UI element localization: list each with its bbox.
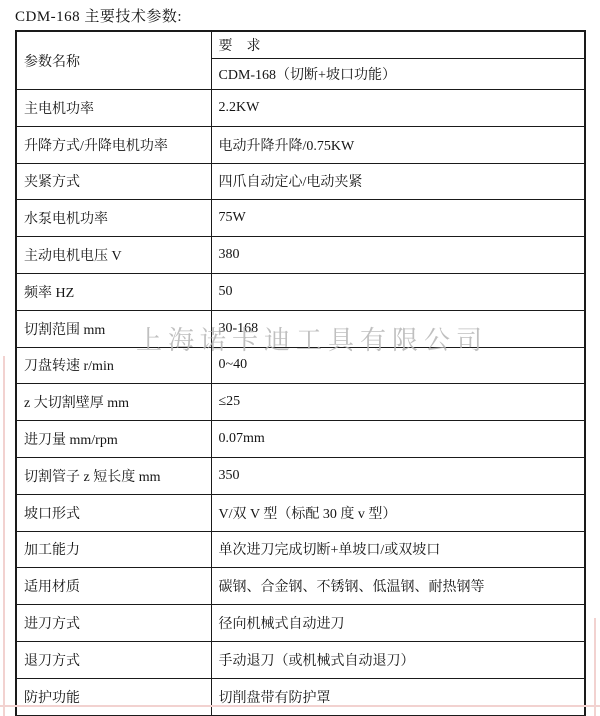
param-value-cell: 350 [211,457,585,494]
param-value-cell: 75W [211,200,585,237]
param-name-header: 参数名称 [16,31,211,90]
param-name-cell: 退刀方式 [16,641,211,678]
param-value-cell: 切削盘带有防护罩 [211,678,585,715]
table-row: 主动电机电压 V380 [16,237,585,274]
param-value-cell: 四爪自动定心/电动夹紧 [211,163,585,200]
scan-edge-right [594,618,596,716]
table-row: 适用材质碳钢、合金钢、不锈钢、低温钢、耐热钢等 [16,568,585,605]
table-row: 切割管子 z 短长度 mm350 [16,457,585,494]
table-row: 防护功能切削盘带有防护罩 [16,678,585,715]
param-value-cell: 单次进刀完成切断+单坡口/或双坡口 [211,531,585,568]
param-name-cell: 主动电机电压 V [16,237,211,274]
table-row: 升降方式/升降电机功率电动升降升降/0.75KW [16,126,585,163]
param-value-cell: 0.07mm [211,421,585,458]
param-name-cell: 升降方式/升降电机功率 [16,126,211,163]
table-row: 刀盘转速 r/min0~40 [16,347,585,384]
param-name-cell: 刀盘转速 r/min [16,347,211,384]
spec-table: 参数名称 要 求 CDM-168（切断+坡口功能） 主电机功率2.2KW升降方式… [15,30,586,716]
param-name-cell: 水泵电机功率 [16,200,211,237]
param-name-cell: 适用材质 [16,568,211,605]
table-row: z 大切割壁厚 mm≤25 [16,384,585,421]
param-name-cell: 坡口形式 [16,494,211,531]
param-value-cell: 手动退刀（或机械式自动退刀） [211,641,585,678]
scan-edge-bottom [0,705,600,707]
table-row: 频率 HZ50 [16,273,585,310]
table-row: 坡口形式V/双 V 型（标配 30 度 v 型） [16,494,585,531]
param-name-cell: 加工能力 [16,531,211,568]
table-row: 切割范围 mm30-168 [16,310,585,347]
param-name-cell: 进刀方式 [16,605,211,642]
param-value-cell: ≤25 [211,384,585,421]
table-row: 进刀方式径向机械式自动进刀 [16,605,585,642]
param-value-cell: 0~40 [211,347,585,384]
page-title: CDM-168 主要技术参数: [15,5,182,26]
requirement-header: 要 求 [211,31,585,59]
param-name-cell: 主电机功率 [16,90,211,127]
param-value-cell: 电动升降升降/0.75KW [211,126,585,163]
param-name-cell: 切割范围 mm [16,310,211,347]
header-row-requirement: 参数名称 要 求 [16,31,585,59]
param-value-cell: 碳钢、合金钢、不锈钢、低温钢、耐热钢等 [211,568,585,605]
param-name-cell: z 大切割壁厚 mm [16,384,211,421]
param-value-cell: 50 [211,273,585,310]
param-name-cell: 频率 HZ [16,273,211,310]
table-row: 加工能力单次进刀完成切断+单坡口/或双坡口 [16,531,585,568]
table-row: 夹紧方式四爪自动定心/电动夹紧 [16,163,585,200]
param-name-cell: 夹紧方式 [16,163,211,200]
param-name-cell: 防护功能 [16,678,211,715]
table-row: 进刀量 mm/rpm0.07mm [16,421,585,458]
table-row: 水泵电机功率75W [16,200,585,237]
table-row: 退刀方式手动退刀（或机械式自动退刀） [16,641,585,678]
param-value-cell: V/双 V 型（标配 30 度 v 型） [211,494,585,531]
param-value-cell: 2.2KW [211,90,585,127]
param-name-cell: 进刀量 mm/rpm [16,421,211,458]
model-header: CDM-168（切断+坡口功能） [211,59,585,90]
param-value-cell: 径向机械式自动进刀 [211,605,585,642]
param-name-cell: 切割管子 z 短长度 mm [16,457,211,494]
table-row: 主电机功率2.2KW [16,90,585,127]
param-value-cell: 380 [211,237,585,274]
scan-edge-left [3,356,5,716]
param-value-cell: 30-168 [211,310,585,347]
